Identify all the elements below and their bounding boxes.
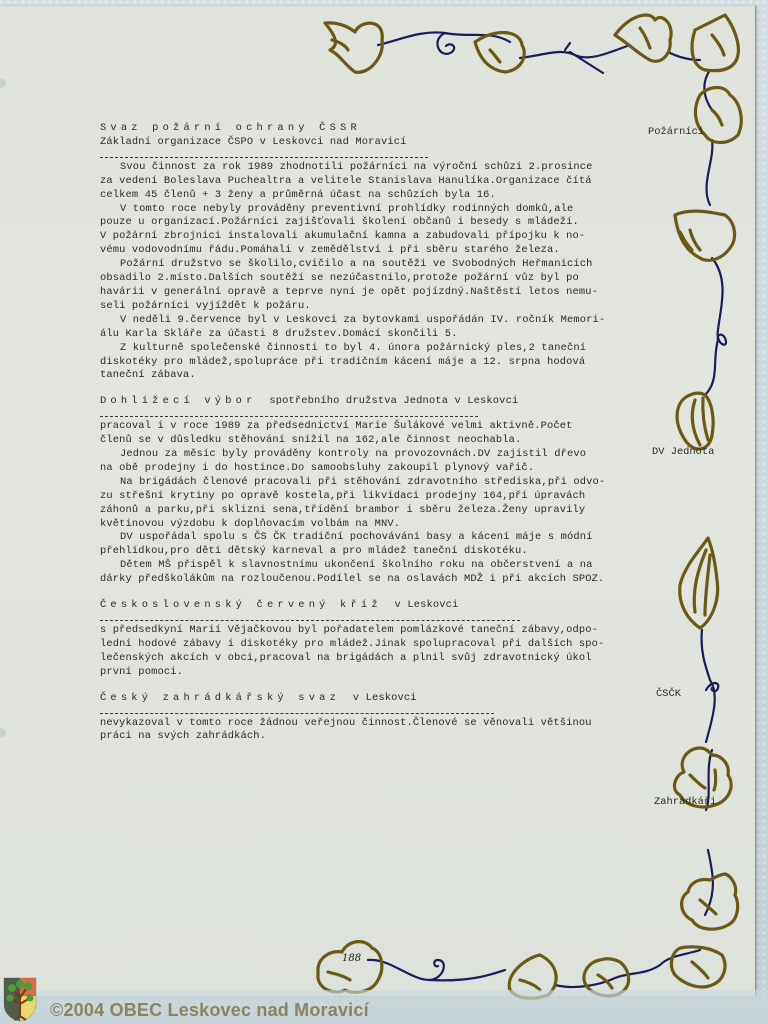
text-line: V neděli 9.července byl v Leskovci za by… xyxy=(100,314,660,328)
text-line: seli požárníci vyjíždět k požáru. xyxy=(100,300,660,314)
text-line: lední hodové zábavy i diskotéky pro mlád… xyxy=(100,638,660,652)
section-heading: Československý červený kříž v Leskovci xyxy=(100,599,660,613)
text-line: DV uspořádal spolu s ČS ČK tradiční poch… xyxy=(100,531,660,545)
section-heading: Svaz požární ochrany ČSSR xyxy=(100,122,660,136)
text-line: na obě prodejny i do hostince.Do samoobs… xyxy=(100,462,660,476)
binding-hole xyxy=(0,78,6,88)
section-heading: Dohlížecí výbor spotřebního družstva Jed… xyxy=(100,395,660,409)
section-heading-spaced: Dohlížecí výbor xyxy=(100,395,257,407)
text-line: havárii v generální opravě a teprve nyní… xyxy=(100,286,660,300)
document-body: Svaz požární ochrany ČSSRZákladní organi… xyxy=(100,122,660,744)
text-line: členů se v důsledku stěhování snížil na … xyxy=(100,434,660,448)
dashed-underline xyxy=(100,706,494,714)
section-heading: Český zahrádkářský svaz v Leskovci xyxy=(100,692,660,706)
text-line: první pomoci. xyxy=(100,666,660,680)
text-line: Požární družstvo se školilo,cvičilo a na… xyxy=(100,258,660,272)
side-label-dv-jednota: DV Jednota xyxy=(652,446,714,458)
handwritten-page-number: 188 xyxy=(342,953,361,964)
watermark-footer: ©2004 OBEC Leskovec nad Moravicí xyxy=(0,990,768,1024)
dashed-underline xyxy=(100,150,428,158)
text-line: pracoval i v roce 1989 za předsednictví … xyxy=(100,420,660,434)
text-line: celkem 45 členů + 3 ženy a průměrná účas… xyxy=(100,189,660,203)
text-line: diskotéky pro mládež,spolupráce při trad… xyxy=(100,356,660,370)
copyright-text: ©2004 OBEC Leskovec nad Moravicí xyxy=(50,1000,369,1021)
text-line: práci na svých zahrádkách. xyxy=(100,730,660,744)
text-line: záhonů a parku,při sklizni sena,třídění … xyxy=(100,504,660,518)
side-label-pozarnici: Požárníci xyxy=(648,126,704,138)
text-line: dárky předškolákům na rozloučenou.Podíle… xyxy=(100,573,660,587)
section-heading-spaced: Československý červený kříž xyxy=(100,599,382,611)
text-line: V tomto roce nebyly prováděny preventivn… xyxy=(100,203,660,217)
section-heading-rest: v Leskovci xyxy=(353,692,417,704)
section-gap xyxy=(100,383,660,395)
dashed-underline xyxy=(100,409,478,417)
text-line: přehlídkou,pro děti dětský karneval a pr… xyxy=(100,545,660,559)
section-heading-rest: spotřebního družstva Jednota v Leskovci xyxy=(269,395,518,407)
text-line: taneční zábava. xyxy=(100,369,660,383)
text-line: vému vodovodnímu řádu.Pomáhali v zeměděl… xyxy=(100,244,660,258)
section-gap xyxy=(100,680,660,692)
section-subheading: Základní organizace ČSPO v Leskovci nad … xyxy=(100,136,660,150)
text-line: za vedení Boleslava Puchealtra a velitel… xyxy=(100,175,660,189)
text-line: obsadilo 2.místo.Dalších soutěží se nezú… xyxy=(100,272,660,286)
text-line: álu Karla Skláře za účasti 8 družstev.Do… xyxy=(100,328,660,342)
text-line: lečenských akcích v obci,pracoval na bri… xyxy=(100,652,660,666)
text-line: květinovou výzdobu k doplňovacím volbám … xyxy=(100,518,660,532)
text-line: s předsedkyní Marií Vějačkovou byl pořad… xyxy=(100,624,660,638)
section-gap xyxy=(100,587,660,599)
text-line: Dětem MŠ přispěl k slavnostnímu ukončení… xyxy=(100,559,660,573)
dashed-underline xyxy=(100,613,520,621)
text-line: Na brigádách členové pracovali při stěho… xyxy=(100,476,660,490)
binding-hole xyxy=(0,728,6,738)
text-line: V požární zbrojnici instalovali akumulač… xyxy=(100,230,660,244)
coat-of-arms-icon xyxy=(2,976,38,1022)
text-line: zu střešní krytiny po opravě kostela,při… xyxy=(100,490,660,504)
section-heading-rest: v Leskovci xyxy=(395,599,459,611)
text-line: nevykazoval v tomto roce žádnou veřejnou… xyxy=(100,717,660,731)
section-heading-spaced: Svaz požární ochrany ČSSR xyxy=(100,122,361,134)
text-line: pouze u organizací.Požárníci zajišťovali… xyxy=(100,216,660,230)
text-line: Jednou za měsíc byly prováděny kontroly … xyxy=(100,448,660,462)
section-heading-spaced: Český zahrádkářský svaz xyxy=(100,692,340,704)
side-label-zahradkari: Zahrádkáři xyxy=(654,796,716,808)
text-line: Z kulturně společenské činnosti to byl 4… xyxy=(100,342,660,356)
text-line: Svou činnost za rok 1989 zhodnotili požá… xyxy=(100,161,660,175)
side-label-csck: ČSČK xyxy=(656,688,681,700)
